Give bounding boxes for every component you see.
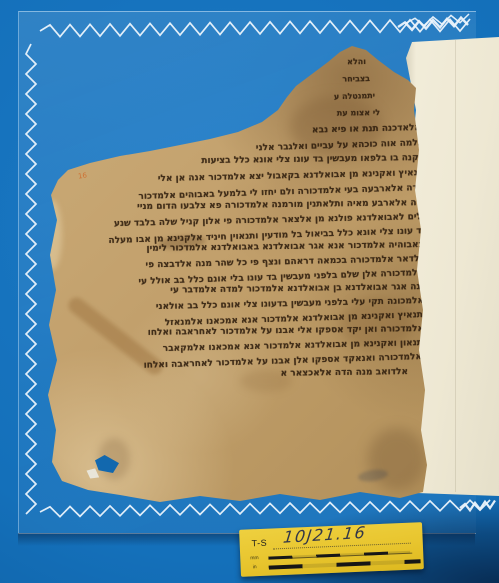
shelfmark-prefix: T-S	[251, 538, 267, 549]
text-line: בצביחר	[320, 73, 370, 85]
in-scale-bar	[269, 559, 421, 569]
card-crease	[455, 40, 456, 492]
shelfmark-label: T-S 10J21.16 mm in	[239, 522, 424, 577]
text-line: אלדואב מנה הדה אלאכצאר אלמדכורה	[280, 367, 408, 380]
stain	[368, 428, 426, 490]
mm-unit-label: mm	[250, 555, 259, 561]
text-line: והלא	[332, 56, 366, 67]
text-line: לי אצומ עת	[298, 107, 380, 119]
text-line: יתמנטלה ע	[308, 90, 375, 103]
photo-backdrop: 16 והלאבצביחריתמנטלה עלי אצומ עתאלאדכנה …	[0, 0, 499, 583]
in-unit-label: in	[253, 564, 257, 570]
